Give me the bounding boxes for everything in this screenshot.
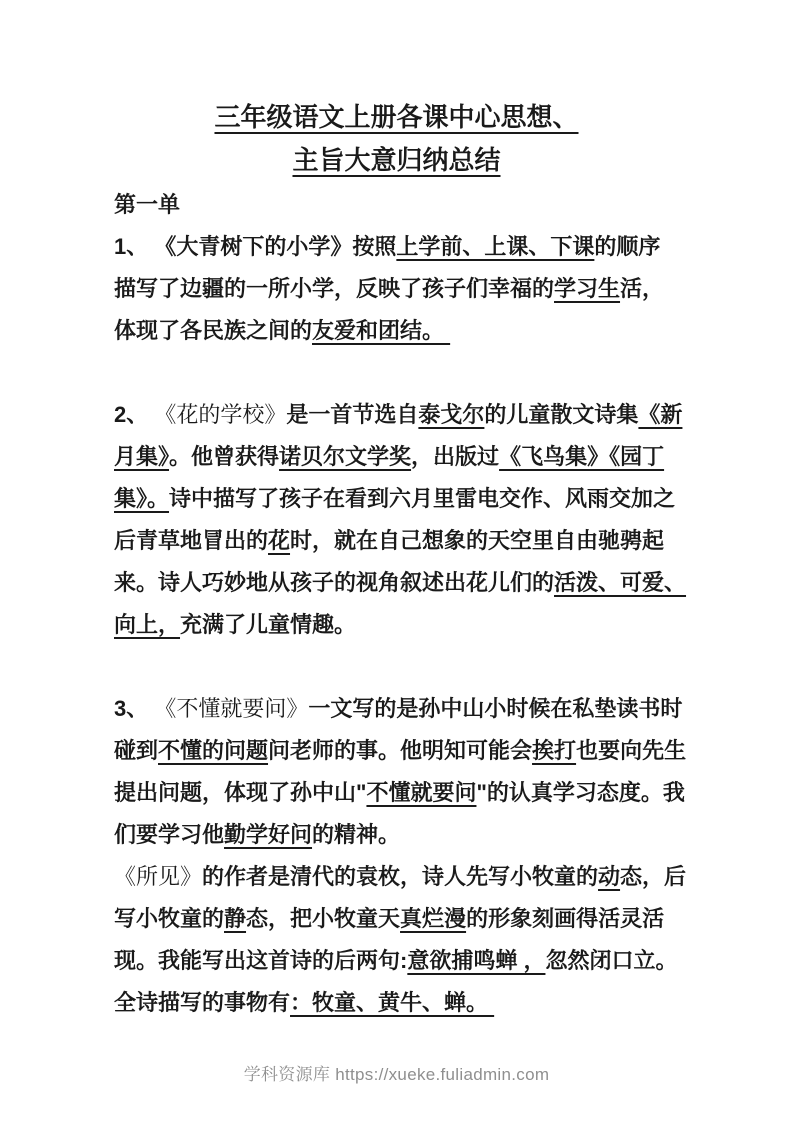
text-run: 是一首节选自 bbox=[286, 402, 418, 427]
underlined-text: 花 bbox=[268, 528, 290, 553]
text-run: 的精神。 bbox=[312, 822, 400, 847]
text-run: 们要学习他 bbox=[114, 822, 224, 847]
text-run: 3、 bbox=[114, 696, 154, 721]
text-run: 全诗描写的事物有 bbox=[114, 990, 290, 1015]
underlined-text: 诺贝尔文学奖 bbox=[279, 444, 411, 469]
paragraph: 《所见》的作者是清代的袁枚，诗人先写小牧童的动态，后写小牧童的静态，把小牧童天真… bbox=[114, 856, 692, 1024]
text-run: 写小牧童的 bbox=[114, 906, 224, 931]
document-title: 三年级语文上册各课中心思想、 主旨大意归纳总结 bbox=[0, 96, 793, 182]
book-title-text: 《花的学校》 bbox=[154, 402, 286, 427]
underlined-text: 友爱和团结。 bbox=[312, 318, 450, 343]
text-line: 向上，充满了儿童情趣。 bbox=[114, 604, 692, 646]
underlined-text: 《飞鸟集》《园丁 bbox=[499, 444, 664, 469]
text-run: 的顺序 bbox=[594, 234, 660, 259]
text-run: 碰到 bbox=[114, 738, 158, 763]
document-body: 第一单 1、 《大青树下的小学》按照上学前、上课、下课的顺序描写了边疆的一所小学… bbox=[114, 184, 692, 1024]
text-run: "的认真学习态度。我 bbox=[476, 780, 684, 805]
text-run: 的儿童散文诗集 bbox=[484, 402, 638, 427]
text-run: 态，后 bbox=[620, 864, 686, 889]
page-footer: 学科资源库 https://xueke.fuliadmin.com bbox=[0, 1060, 793, 1085]
text-line: 体现了各民族之间的友爱和团结。 bbox=[114, 310, 692, 352]
paragraph-list: 1、 《大青树下的小学》按照上学前、上课、下课的顺序描写了边疆的一所小学，反映了… bbox=[114, 226, 692, 1024]
text-run: 现。我能写出这首诗的后两句: bbox=[114, 948, 407, 973]
title-text: 主旨大意归纳总结 bbox=[292, 145, 500, 175]
text-run: 1、 《大青树下的小学》按照 bbox=[114, 234, 396, 259]
text-run: 也要向先生 bbox=[576, 738, 686, 763]
text-line: 描写了边疆的一所小学，反映了孩子们幸福的学习生活， bbox=[114, 268, 692, 310]
book-title-text: 《所见》 bbox=[114, 864, 202, 889]
text-line: 全诗描写的事物有：牧童、黄牛、蝉。 bbox=[114, 982, 692, 1024]
underlined-text: 勤学好问 bbox=[224, 822, 312, 847]
underlined-text: 活泼、可爱、 bbox=[554, 570, 686, 595]
text-run: 来。诗人巧妙地从孩子的视角叙述出花儿们的 bbox=[114, 570, 554, 595]
title-text: 三年级语文上册各课中心思想、 bbox=[214, 102, 578, 132]
section-heading: 第一单 bbox=[114, 184, 692, 226]
text-run: 描写了边疆的一所小学，反映了孩子们幸福的 bbox=[114, 276, 554, 301]
text-line: 《所见》的作者是清代的袁枚，诗人先写小牧童的动态，后 bbox=[114, 856, 692, 898]
book-title-text: 《不懂就要问》 bbox=[154, 696, 308, 721]
text-line: 月集》。他曾获得诺贝尔文学奖，出版过《飞鸟集》《园丁 bbox=[114, 436, 692, 478]
text-run: 诗中描写了孩子在看到六月里雷电交作、风雨交加之 bbox=[169, 486, 675, 511]
underlined-text: 静 bbox=[224, 906, 246, 931]
text-run: 一文写的是孙中山小时候在私垫读书时 bbox=[308, 696, 682, 721]
text-run: 提出问题，体现了孙中山" bbox=[114, 780, 366, 805]
text-line: 集》。诗中描写了孩子在看到六月里雷电交作、风雨交加之 bbox=[114, 478, 692, 520]
underlined-text: 动 bbox=[598, 864, 620, 889]
footer-site-link[interactable]: 学科资源库 https://xueke.fuliadmin.com bbox=[244, 1065, 550, 1084]
text-line: 碰到不懂的问题问老师的事。他明知可能会挨打也要向先生 bbox=[114, 730, 692, 772]
text-run: 充满了儿童情趣。 bbox=[180, 612, 356, 637]
text-line: 写小牧童的静态，把小牧童天真烂漫的形象刻画得活灵活 bbox=[114, 898, 692, 940]
underlined-text: 意欲捕鸣蝉 ， bbox=[407, 948, 545, 973]
title-line-1: 三年级语文上册各课中心思想、 bbox=[0, 96, 793, 139]
text-run: 时，就在自己想象的天空里自由驰骋起 bbox=[290, 528, 664, 553]
text-line: 后青草地冒出的花时，就在自己想象的天空里自由驰骋起 bbox=[114, 520, 692, 562]
text-run: 态，把小牧童天 bbox=[246, 906, 400, 931]
paragraph: 3、 《不懂就要问》一文写的是孙中山小时候在私垫读书时碰到不懂的问题问老师的事。… bbox=[114, 688, 692, 856]
text-run: 忽然闭口立。 bbox=[545, 948, 677, 973]
text-line: 提出问题，体现了孙中山"不懂就要问"的认真学习态度。我 bbox=[114, 772, 692, 814]
text-line: 2、 《花的学校》是一首节选自泰戈尔的儿童散文诗集《新 bbox=[114, 394, 692, 436]
underlined-text: 学习生 bbox=[554, 276, 620, 301]
underlined-text: ：牧童、黄牛、蝉。 bbox=[290, 990, 494, 1015]
underlined-text: 真烂漫 bbox=[400, 906, 466, 931]
underlined-text: 不懂的问题 bbox=[158, 738, 268, 763]
paragraph: 2、 《花的学校》是一首节选自泰戈尔的儿童散文诗集《新月集》。他曾获得诺贝尔文学… bbox=[114, 394, 692, 646]
text-run: 的形象刻画得活灵活 bbox=[466, 906, 664, 931]
paragraph: 1、 《大青树下的小学》按照上学前、上课、下课的顺序描写了边疆的一所小学，反映了… bbox=[114, 226, 692, 352]
underlined-text: 不懂就要问 bbox=[366, 780, 476, 805]
title-line-2: 主旨大意归纳总结 bbox=[0, 139, 793, 182]
text-line: 来。诗人巧妙地从孩子的视角叙述出花儿们的活泼、可爱、 bbox=[114, 562, 692, 604]
text-run: 活， bbox=[620, 276, 664, 301]
document-page: 三年级语文上册各课中心思想、 主旨大意归纳总结 第一单 1、 《大青树下的小学》… bbox=[0, 0, 793, 1122]
text-line: 3、 《不懂就要问》一文写的是孙中山小时候在私垫读书时 bbox=[114, 688, 692, 730]
text-run: 后青草地冒出的 bbox=[114, 528, 268, 553]
text-run: 问老师的事。他明知可能会 bbox=[268, 738, 532, 763]
text-run: 2、 bbox=[114, 402, 154, 427]
underlined-text: 《新 bbox=[638, 402, 682, 427]
underlined-text: 挨打 bbox=[532, 738, 576, 763]
underlined-text: 上学前、上课、下课 bbox=[396, 234, 594, 259]
underlined-text: 向上， bbox=[114, 612, 180, 637]
text-run: ，出版过 bbox=[411, 444, 499, 469]
text-line: 们要学习他勤学好问的精神。 bbox=[114, 814, 692, 856]
text-line: 1、 《大青树下的小学》按照上学前、上课、下课的顺序 bbox=[114, 226, 692, 268]
text-line: 现。我能写出这首诗的后两句:意欲捕鸣蝉 ，忽然闭口立。 bbox=[114, 940, 692, 982]
underlined-text: 集》。 bbox=[114, 486, 169, 511]
underlined-text: 月集》 bbox=[114, 444, 169, 469]
underlined-text: 泰戈尔 bbox=[418, 402, 484, 427]
text-run: 。他曾获得 bbox=[169, 444, 279, 469]
text-run: 体现了各民族之间的 bbox=[114, 318, 312, 343]
text-run: 的作者是清代的袁枚，诗人先写小牧童的 bbox=[202, 864, 598, 889]
